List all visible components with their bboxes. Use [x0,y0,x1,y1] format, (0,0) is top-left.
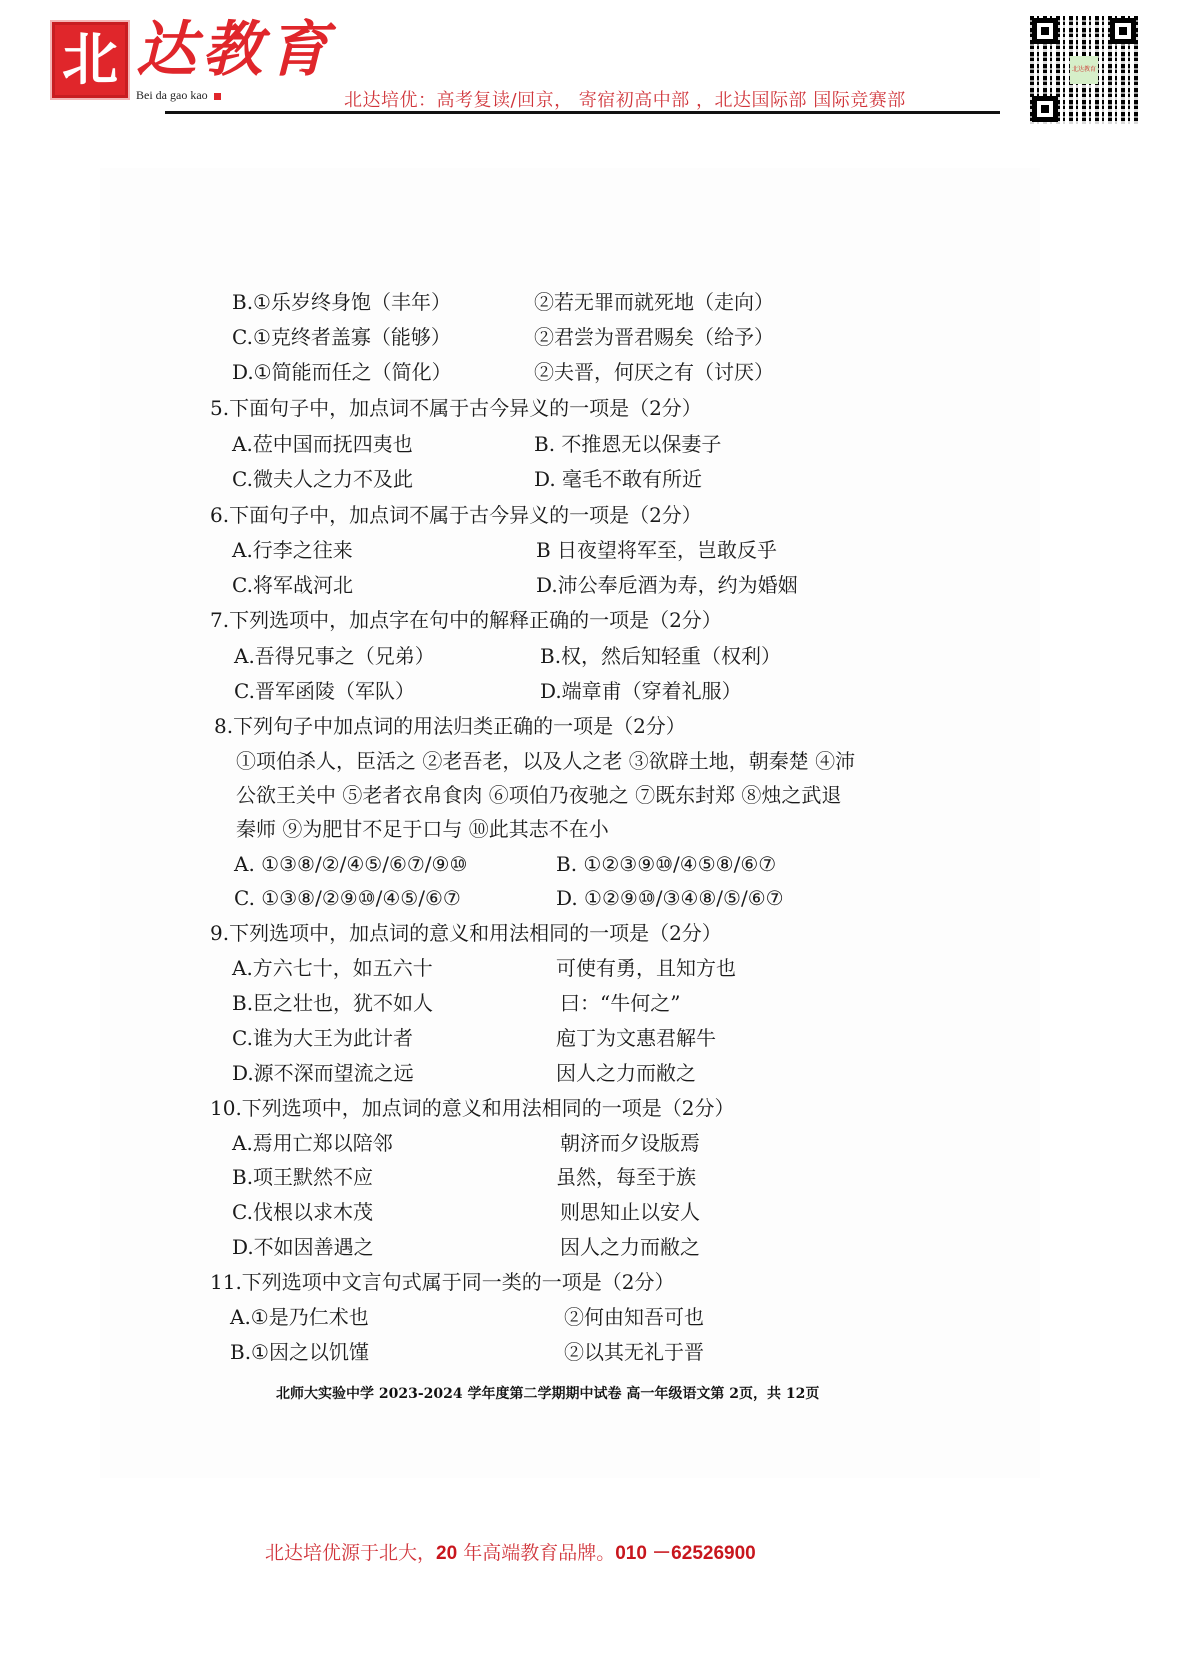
q8-sentences-line-1: ①项伯杀人，臣活之 ②老吾老，以及人之老 ③欲辟土地，朝秦楚 ④沛 [236,749,855,773]
q11-option-b-right: ②以其无礼于晋 [564,1340,704,1364]
q8-option-d: D. ①②⑨⑩/③④⑧/⑤/⑥⑦ [556,886,784,910]
q6-option-b: B 日夜望将军至，岂敢反乎 [536,538,777,562]
q9-option-d-right: 因人之力而敝之 [556,1061,696,1085]
q11-option-a-right: ②何由知吾可也 [564,1305,704,1329]
ad-middle: 年高端教育品牌。 [457,1542,615,1564]
header-slogan: 北达培优：高考复读/回京， 寄宿初高中部 ，北达国际部 国际竞赛部 [344,86,906,112]
ad-phone: 010 －62526900 [615,1543,756,1564]
q5-option-c: C.微夫人之力不及此 [232,467,413,491]
q10-option-c-left: C.伐根以求木茂 [232,1200,373,1224]
q7-option-a: A.吾得兄事之（兄弟） [234,644,435,668]
q7-option-d: D.端章甫（穿着礼服） [540,679,742,703]
q9-option-d-left: D.源不深而望流之远 [232,1061,414,1085]
q4-option-c-left: C.①克终者盖寡（能够） [232,325,451,349]
logo-char: 北 [62,32,118,88]
q4-option-b-left: B.①乐岁终身饱（丰年） [232,290,451,314]
logo-text: 达教育 [136,20,334,80]
q7-option-b: B.权，然后知轻重（权利） [540,644,781,668]
q5-stem: 5.下面句子中，加点词不属于古今异义的一项是（2分） [210,396,702,420]
q9-stem: 9.下列选项中，加点词的意义和用法相同的一项是（2分） [210,921,722,945]
q11-option-b-left: B.①因之以饥馑 [230,1340,369,1364]
q4-option-b-right: ②若无罪而就死地（走向） [534,290,774,314]
q8-option-a: A. ①③⑧/②/④⑤/⑥⑦/⑨⑩ [234,852,467,876]
q6-option-c: C.将军战河北 [232,573,353,597]
q7-option-c: C.晋军函陵（军队） [234,679,415,703]
q8-stem: 8.下列句子中加点词的用法归类正确的一项是（2分） [214,714,686,738]
red-square-icon [214,93,221,100]
q10-option-d-right: 因人之力而敝之 [560,1235,700,1259]
logo-pinyin-text: Bei da gao kao [136,88,208,102]
q6-stem: 6.下面句子中，加点词不属于古今异义的一项是（2分） [210,503,702,527]
q4-option-d-right: ②夫晋，何厌之有（讨厌） [534,360,774,384]
q6-option-d: D.沛公奉卮酒为寿，约为婚姻 [536,573,798,597]
q9-option-a-right: 可使有勇，且知方也 [556,956,736,980]
q8-sentences-line-2: 公欲王关中 ⑤老者衣帛食肉 ⑥项伯乃夜驰之 ⑦既东封郑 ⑧烛之武退 [236,783,841,807]
q9-option-a-left: A.方六七十，如五六十 [232,956,433,980]
header-divider [165,111,1000,114]
logo-pinyin: Bei da gao kao [136,88,221,103]
q11-option-a-left: A.①是乃仁术也 [230,1305,369,1329]
q9-option-c-right: 庖丁为文惠君解牛 [556,1026,716,1050]
q5-option-d: D. 毫毛不敢有所近 [534,467,702,491]
q6-option-a: A.行李之往来 [232,538,353,562]
qr-code-icon: 北达教育 [1030,16,1138,124]
ad-years: 20 [436,1543,457,1564]
logo-mark: 北 [52,22,128,98]
q9-option-b-left: B.臣之壮也，犹不如人 [232,991,433,1015]
q10-option-b-right: 虽然，每至于族 [556,1165,696,1189]
q10-option-a-right: 朝济而夕设版焉 [560,1131,700,1155]
q10-option-a-left: A.焉用亡郑以陪邻 [232,1131,393,1155]
q8-sentences-line-3: 秦师 ⑨为肥甘不足于口与 ⑩此其志不在小 [236,817,609,841]
ad-prefix: 北达培优源于北大， [265,1542,436,1564]
q8-option-c: C. ①③⑧/②⑨⑩/④⑤/⑥⑦ [234,886,461,910]
q10-option-d-left: D.不如因善遇之 [232,1235,374,1259]
qr-center-label: 北达教育 [1070,56,1098,84]
q7-stem: 7.下列选项中，加点字在句中的解释正确的一项是（2分） [210,608,722,632]
q4-option-c-right: ②君尝为晋君赐矣（给予） [534,325,774,349]
q11-stem: 11.下列选项中文言句式属于同一类的一项是（2分） [210,1270,675,1294]
q9-option-c-left: C.谁为大王为此计者 [232,1026,413,1050]
exam-page-info: 北师大实验中学 2023-2024 学年度第二学期期中试卷 高一年级语文第 2页… [276,1383,819,1403]
q10-stem: 10.下列选项中，加点词的意义和用法相同的一项是（2分） [210,1096,735,1120]
q9-option-b-right: 曰：“牛何之” [560,991,680,1015]
q10-option-b-left: B.项王默然不应 [232,1165,373,1189]
q5-option-b: B. 不推恩无以保妻子 [534,432,721,456]
q4-option-d-left: D.①简能而任之（简化） [232,360,452,384]
q5-option-a: A.莅中国而抚四夷也 [232,432,413,456]
bottom-advertisement: 北达培优源于北大，20 年高端教育品牌。010 －62526900 [265,1538,756,1565]
q10-option-c-right: 则思知止以安人 [560,1200,700,1224]
q8-option-b: B. ①②③⑨⑩/④⑤⑧/⑥⑦ [556,852,776,876]
